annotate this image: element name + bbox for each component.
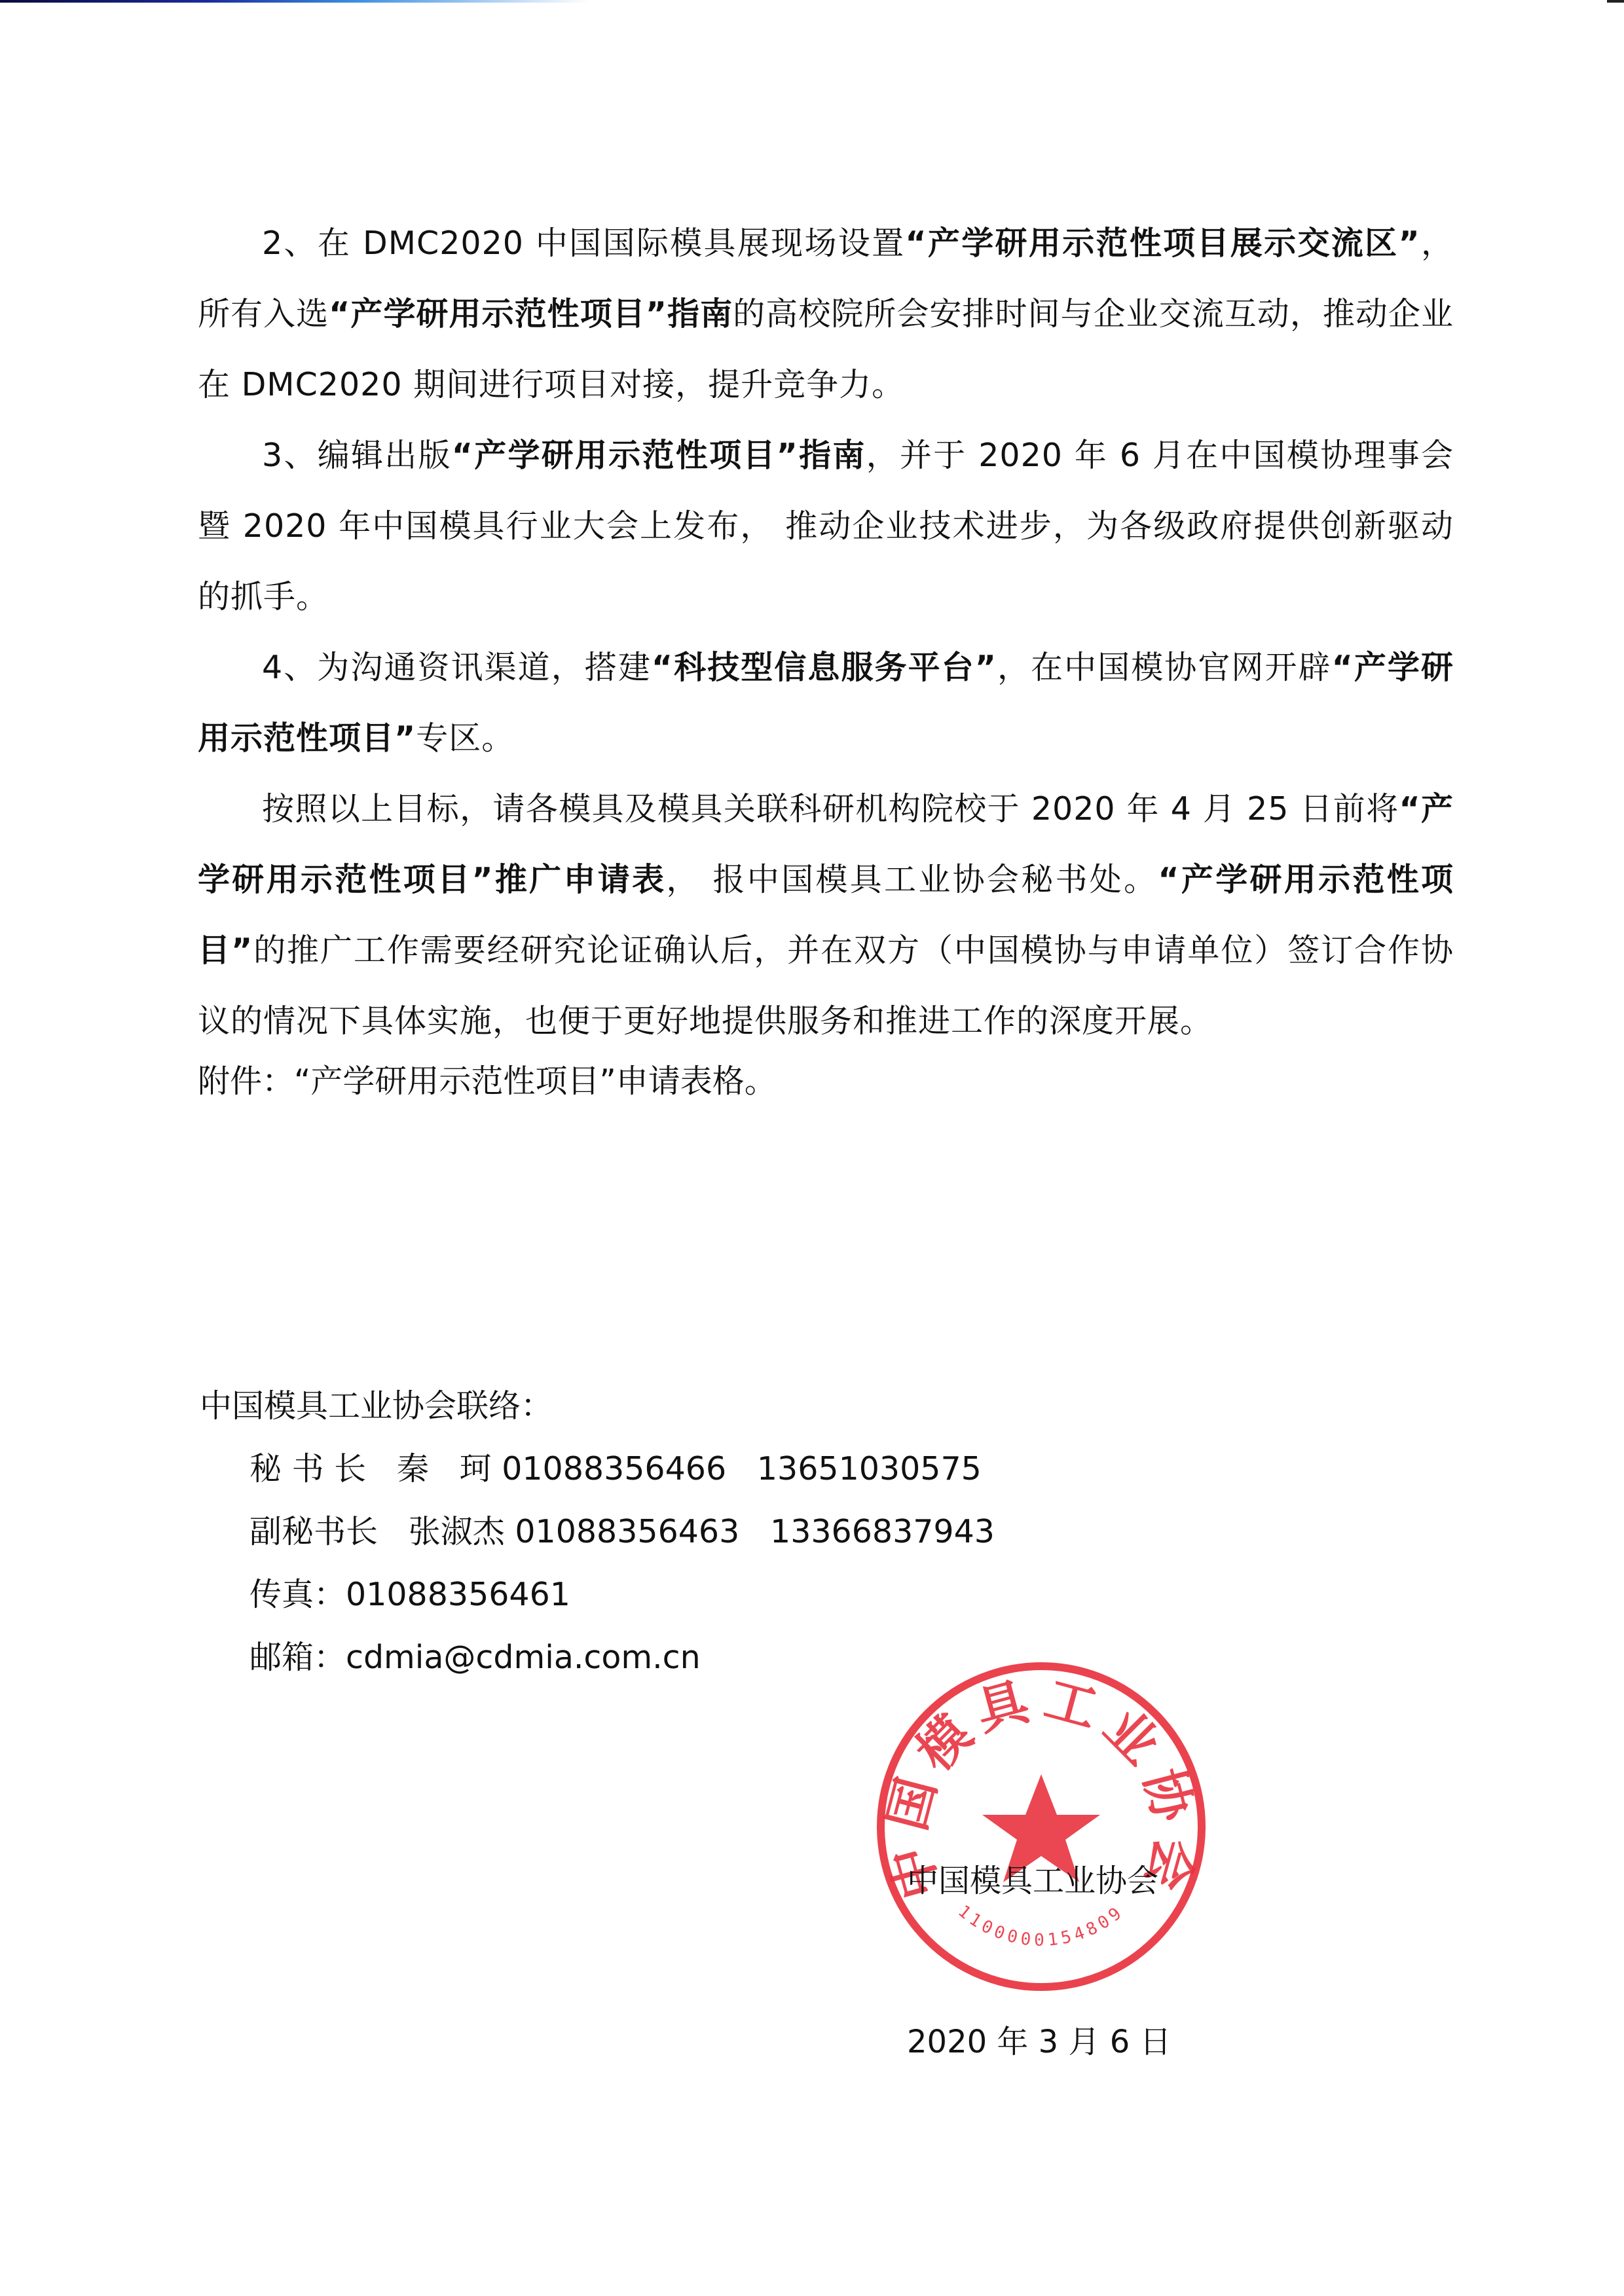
scan-edge-artifact-right xyxy=(1607,0,1624,3)
attachment-note: 附件：“产学研用示范性项目”申请表格。 xyxy=(198,1062,777,1101)
text-segment: 4、为沟通资讯渠道，搭建 xyxy=(262,649,652,686)
bold-segment: “产学研用示范性项目展示交流区” xyxy=(905,225,1420,262)
contact-mobile: 13366837943 xyxy=(770,1513,995,1550)
contact-role: 秘 书 长 xyxy=(249,1450,366,1487)
email-label: 邮箱： xyxy=(249,1639,346,1676)
contact-name: 秦 珂 xyxy=(397,1450,492,1487)
text-segment: 按照以上目标，请各模具及模具关联科研机构院校于 2020 年 4 月 25 日前… xyxy=(262,790,1399,828)
contact-header: 中国模具工业协会联络： xyxy=(200,1375,995,1438)
text-segment: 专区。 xyxy=(416,720,514,757)
paragraph-request: 按照以上目标，请各模具及模具关联科研机构院校于 2020 年 4 月 25 日前… xyxy=(198,774,1454,1057)
bold-segment: “产学研用示范性项目”指南 xyxy=(452,437,866,474)
paragraph-item-4: 4、为沟通资讯渠道，搭建“科技型信息服务平台”，在中国模协官网开辟“产学研用示范… xyxy=(198,632,1454,774)
contact-row-fax: 传真：01088356461 xyxy=(200,1563,995,1626)
contact-name: 张淑杰 xyxy=(409,1513,505,1550)
contact-row-secretary-general: 秘 书 长 秦 珂 01088356466 13651030575 xyxy=(200,1438,995,1501)
text-segment: ， 报中国模具工业协会秘书处。 xyxy=(666,861,1158,898)
bold-segment: “科技型信息服务平台” xyxy=(652,649,997,686)
bold-segment: “产学研用示范性项目”指南 xyxy=(329,295,733,333)
contact-phone: 01088356466 xyxy=(502,1450,726,1487)
contact-phone: 01088356463 xyxy=(515,1513,739,1550)
fax-number: 01088356461 xyxy=(346,1576,570,1613)
contact-block: 中国模具工业协会联络： 秘 书 长 秦 珂 01088356466 136510… xyxy=(200,1375,995,1689)
signature-block: 中国模具工业协会 2020 年 3 月 6 日 xyxy=(907,1747,1172,2123)
contact-mobile: 13651030575 xyxy=(757,1450,982,1487)
contact-row-deputy-secretary: 副秘书长 张淑杰 01088356463 13366837943 xyxy=(200,1501,995,1563)
signature-organization: 中国模具工业协会 xyxy=(907,1854,1172,1908)
text-segment: ，在中国模协官网开辟 xyxy=(997,649,1332,686)
text-segment: 3、编辑出版 xyxy=(262,437,452,474)
paragraph-item-3: 3、编辑出版“产学研用示范性项目”指南，并于 2020 年 6 月在中国模协理事… xyxy=(198,420,1454,632)
text-segment: 2、在 DMC2020 中国国际模具展现场设置 xyxy=(262,225,905,262)
fax-label: 传真： xyxy=(249,1576,346,1613)
paragraph-item-2: 2、在 DMC2020 中国国际模具展现场设置“产学研用示范性项目展示交流区”，… xyxy=(198,208,1454,420)
text-segment: 的推广工作需要经研究论证确认后，并在双方（中国模协与申请单位）签订合作协议的情况… xyxy=(198,932,1454,1040)
email-address[interactable]: cdmia@cdmia.com.cn xyxy=(346,1639,701,1676)
document-body: 2、在 DMC2020 中国国际模具展现场设置“产学研用示范性项目展示交流区”，… xyxy=(198,208,1454,1057)
signature-date: 2020 年 3 月 6 日 xyxy=(907,2015,1172,2069)
contact-role: 副秘书长 xyxy=(249,1513,378,1550)
scan-edge-artifact xyxy=(0,0,589,3)
